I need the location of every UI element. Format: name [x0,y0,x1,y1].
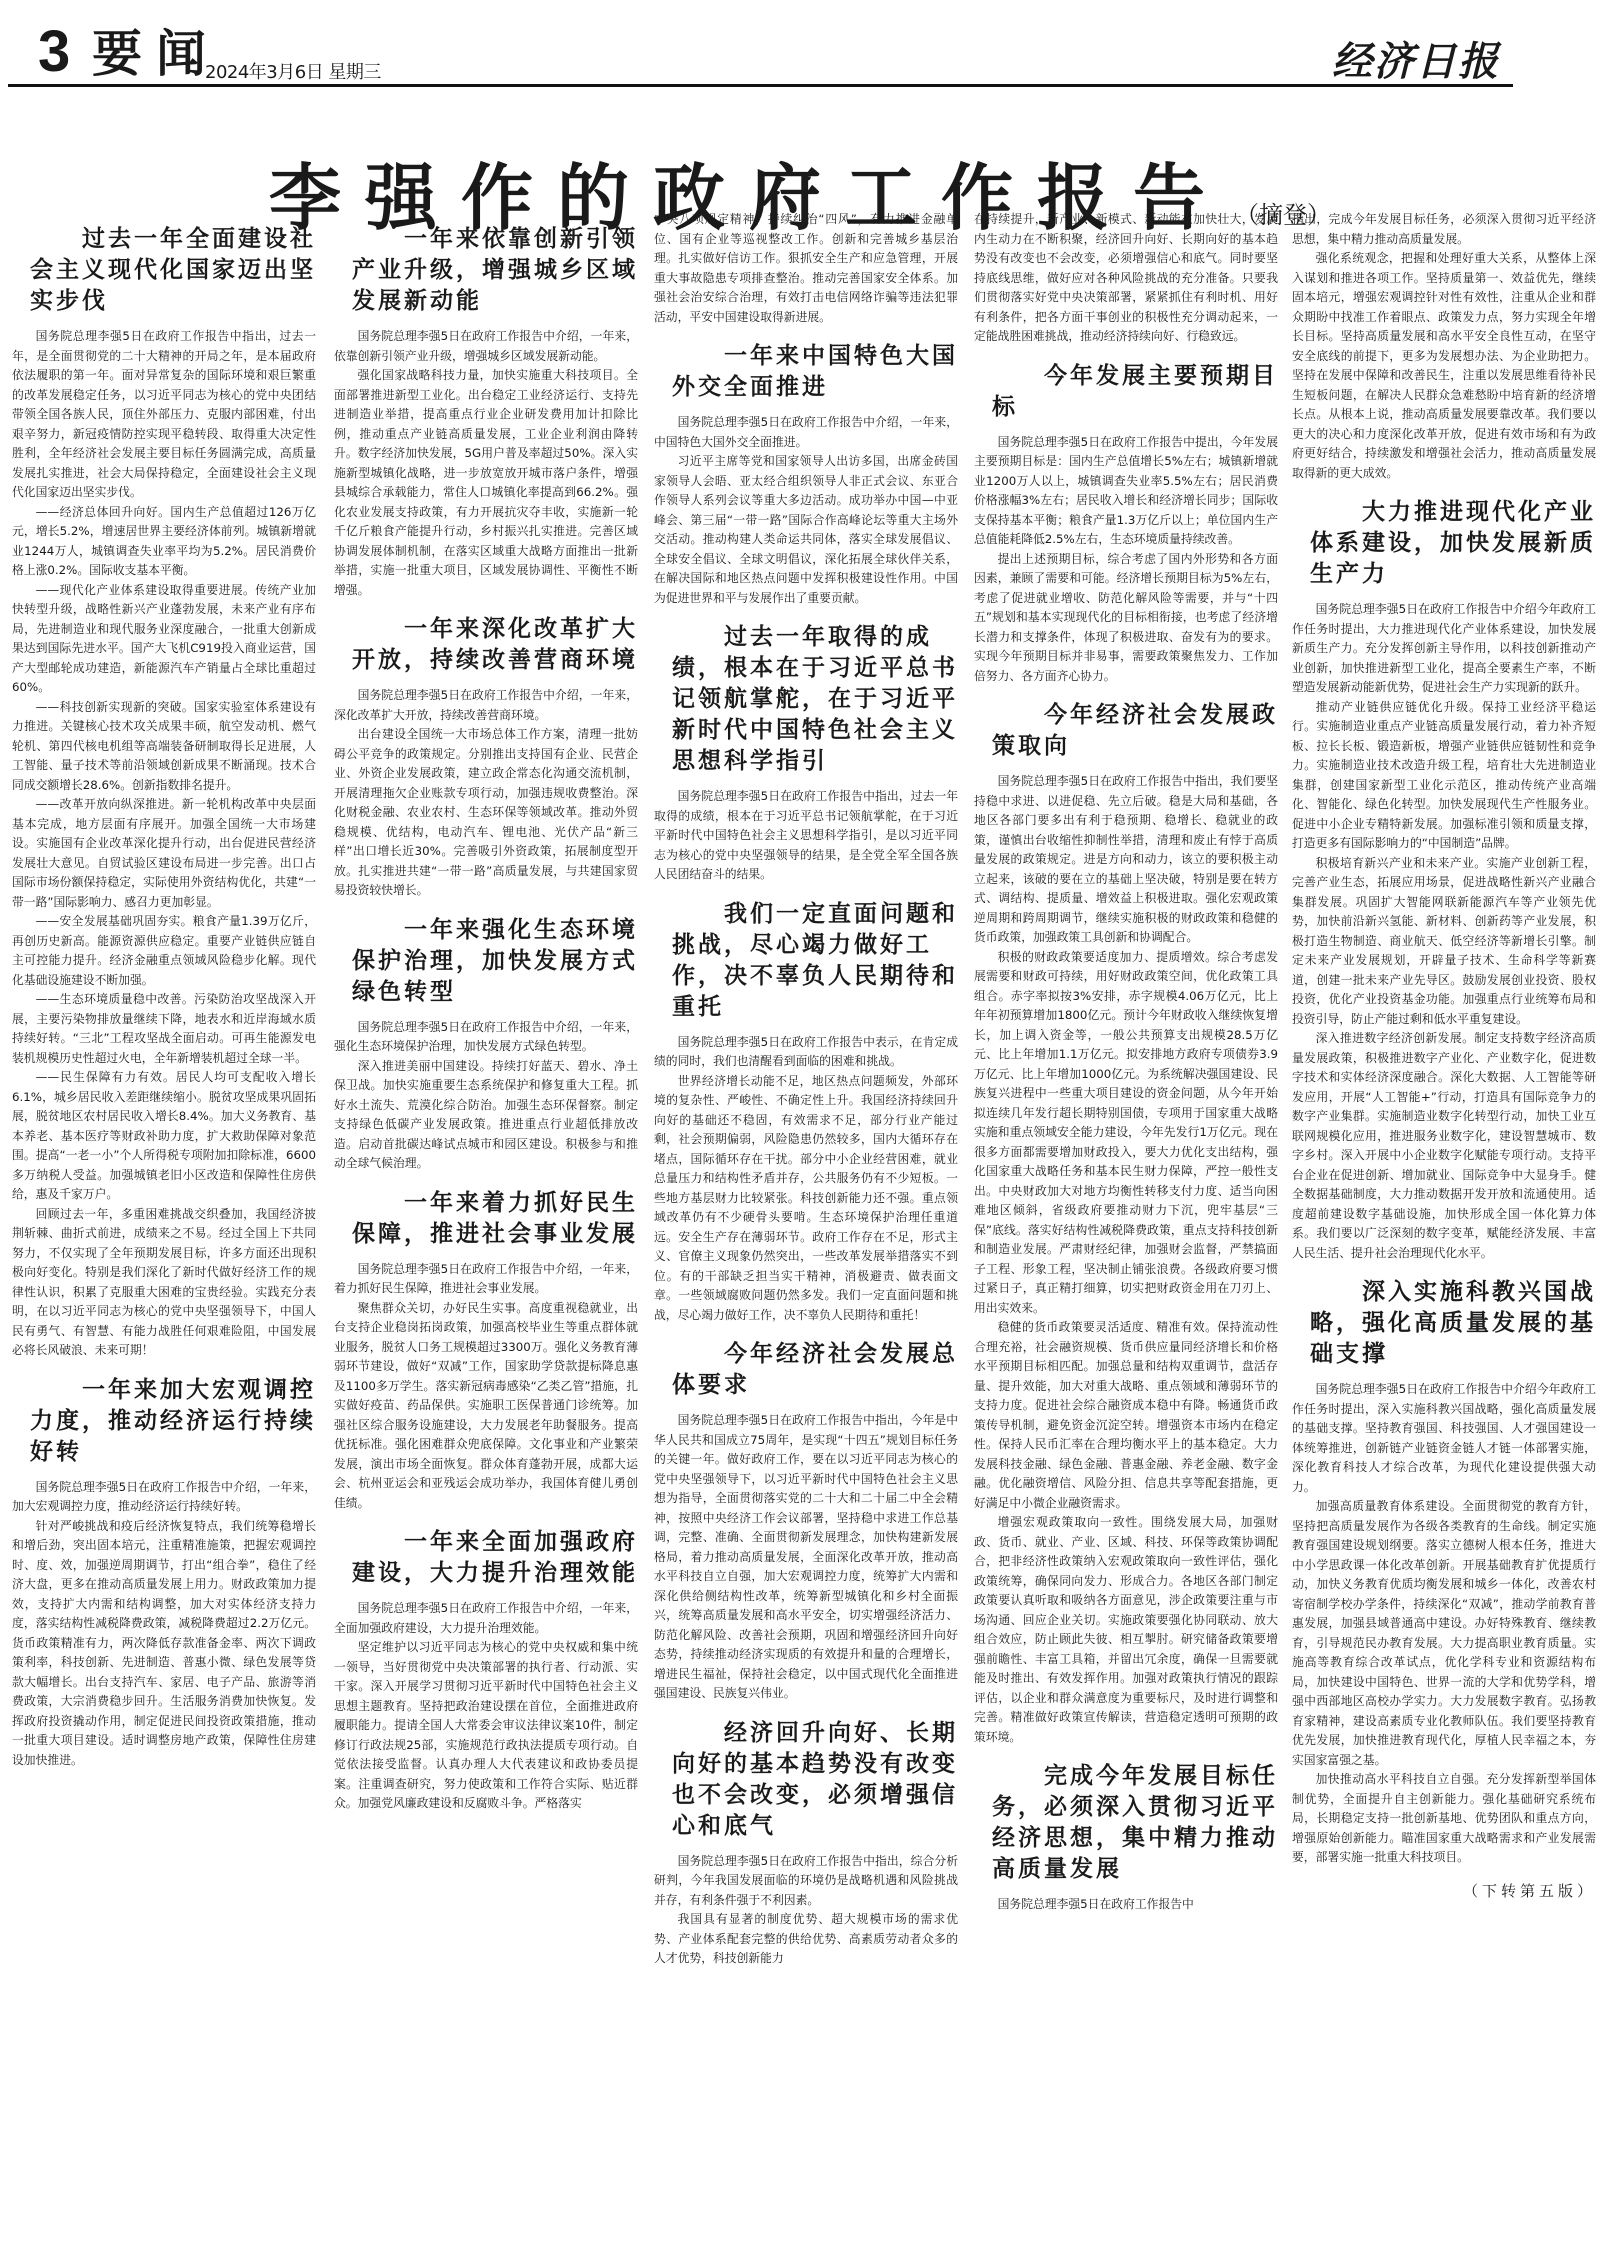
article: 我们一定直面问题和挑战，尽心竭力做好工作，决不辜负人民期待和重托国务院总理李强5… [654,899,958,1326]
column-2: 一年来依靠创新引领产业升级，增强城乡区域发展新动能国务院总理李强5日在政府工作报… [334,210,638,1828]
article: 大力推进现代化产业体系建设，加快发展新质生产力国务院总理李强5日在政府工作报告中… [1292,497,1596,1263]
article-headline: 一年来深化改革扩大开放，持续改善营商环境 [352,614,638,676]
article-paragraph: 深入推进数字经济创新发展。制定支持数字经济高质量发展政策，积极推进数字产业化、产… [1292,1029,1596,1263]
masthead-divider [8,84,1513,87]
article-paragraph: 国务院总理李强5日在政府工作报告中介绍，一年来，加大宏观调控力度，推动经济运行持… [12,1478,316,1517]
article: 在持续提升，新产业、新模式、新动能在加快壮大，发展内生动力在不断积聚，经济回升向… [974,210,1278,347]
article-paragraph: 坚定维护以习近平同志为核心的党中央权威和集中统一领导，当好贯彻党中央决策部署的执… [334,1638,638,1814]
article-paragraph: ——现代化产业体系建设取得重要进展。传统产业加快转型升级，战略性新兴产业蓬勃发展… [12,581,316,698]
article: 今年经济社会发展总体要求国务院总理李强5日在政府工作报告中指出，今年是中华人民共… [654,1339,958,1704]
article: 中央八项规定精神，持续纠治“四风”，有力推进金融单位、国有企业等巡视整改工作。创… [654,210,958,327]
article-paragraph: 国务院总理李强5日在政府工作报告中介绍，一年来，强化生态环境保护治理，加快发展方… [334,1018,638,1057]
article-paragraph: 积极培育新兴产业和未来产业。实施产业创新工程，完善产业生态，拓展应用场景，促进战… [1292,854,1596,1030]
article-headline: 我们一定直面问题和挑战，尽心竭力做好工作，决不辜负人民期待和重托 [672,899,958,1023]
article-paragraph: 世界经济增长动能不足，地区热点问题频发，外部环境的复杂性、严峻性、不确定性上升。… [654,1072,958,1326]
column-5: 指出，完成今年发展目标任务，必须深入贯彻习近平经济思想，集中精力推动高质量发展。… [1292,210,1596,1901]
article-headline: 大力推进现代化产业体系建设，加快发展新质生产力 [1310,497,1596,590]
article: 一年来依靠创新引领产业升级，增强城乡区域发展新动能国务院总理李强5日在政府工作报… [334,224,638,600]
article: 经济回升向好、长期向好的基本趋势没有改变也不会改变，必须增强信心和底气国务院总理… [654,1718,958,1969]
article-headline: 过去一年全面建设社会主义现代化国家迈出坚实步伐 [30,224,316,317]
article-paragraph: 国务院总理李强5日在政府工作报告中指出，今年是中华人民共和国成立75周年，是实现… [654,1411,958,1704]
article-paragraph: 国务院总理李强5日在政府工作报告中指出，过去一年取得的成绩，根本在于习近平总书记… [654,787,958,885]
article: 过去一年全面建设社会主义现代化国家迈出坚实步伐国务院总理李强5日在政府工作报告中… [12,224,316,1361]
newspaper-logo: 经济日报 [1332,30,1500,87]
article-paragraph: 加快推动高水平科技自立自强。充分发挥新型举国体制优势，全面提升自主创新能力。强化… [1292,1770,1596,1868]
article-paragraph: 聚焦群众关切，办好民生实事。高度重视稳就业，出台支持企业稳岗拓岗政策，加强高校毕… [334,1299,638,1514]
issue-date: 2024年3月6日 星期三 [205,58,381,84]
article-paragraph: 加强高质量教育体系建设。全面贯彻党的教育方针，坚持把高质量发展作为各级各类教育的… [1292,1497,1596,1770]
article: 一年来加大宏观调控力度，推动经济运行持续好转国务院总理李强5日在政府工作报告中介… [12,1375,316,1771]
article: 指出，完成今年发展目标任务，必须深入贯彻习近平经济思想，集中精力推动高质量发展。… [1292,210,1596,483]
article: 过去一年取得的成绩，根本在于习近平总书记领航掌舵，在于习近平新时代中国特色社会主… [654,622,958,885]
column-4: 在持续提升，新产业、新模式、新动能在加快壮大，发展内生动力在不断积聚，经济回升向… [974,210,1278,1929]
article-paragraph: 国务院总理李强5日在政府工作报告中指出，过去一年，是全面贯彻党的二十大精神的开局… [12,327,316,503]
article-paragraph: 指出，完成今年发展目标任务，必须深入贯彻习近平经济思想，集中精力推动高质量发展。 [1292,210,1596,249]
article-paragraph: ——经济总体回升向好。国内生产总值超过126万亿元，增长5.2%，增速居世界主要… [12,503,316,581]
article-paragraph: ——安全发展基础巩固夯实。粮食产量1.39万亿斤，再创历史新高。能源资源供应稳定… [12,912,316,990]
article-paragraph: 强化国家战略科技力量，加快实施重大科技项目。全面部署推进新型工业化。出台稳定工业… [334,366,638,600]
article-paragraph: 国务院总理李强5日在政府工作报告中提出，今年发展主要预期目标是：国内生产总值增长… [974,433,1278,550]
article-paragraph: 国务院总理李强5日在政府工作报告中介绍，一年来，着力抓好民生保障，推进社会事业发… [334,1260,638,1299]
article-paragraph: 国务院总理李强5日在政府工作报告中介绍今年政府工作任务时提出，深入实施科教兴国战… [1292,1380,1596,1497]
article-headline: 一年来着力抓好民生保障，推进社会事业发展 [352,1188,638,1250]
article-headline: 一年来全面加强政府建设，大力提升治理效能 [352,1527,638,1589]
article-headline: 今年经济社会发展总体要求 [672,1339,958,1401]
article-paragraph: 我国具有显著的制度优势、超大规模市场的需求优势、产业体系配套完整的供给优势、高素… [654,1910,958,1969]
column-3: 中央八项规定精神，持续纠治“四风”，有力推进金融单位、国有企业等巡视整改工作。创… [654,210,958,1983]
section-name: 要闻 [92,24,220,84]
article: 一年来强化生态环境保护治理，加快发展方式绿色转型国务院总理李强5日在政府工作报告… [334,915,638,1174]
article-paragraph: ——科技创新实现新的突破。国家实验室体系建设有力推进。关键核心技术攻关成果丰硕，… [12,698,316,796]
column-1: 过去一年全面建设社会主义现代化国家迈出坚实步伐国务院总理李强5日在政府工作报告中… [12,210,316,1784]
article-paragraph: ——生态环境质量稳中改善。污染防治攻坚战深入开展，主要污染物排放量继续下降，地表… [12,990,316,1068]
article-headline: 一年来加大宏观调控力度，推动经济运行持续好转 [30,1375,316,1468]
article-paragraph: 国务院总理李强5日在政府工作报告中指出，我们要坚持稳中求进、以进促稳、先立后破。… [974,772,1278,948]
article-paragraph: 国务院总理李强5日在政府工作报告中介绍今年政府工作任务时提出，大力推进现代化产业… [1292,600,1596,698]
article-paragraph: 国务院总理李强5日在政府工作报告中介绍，一年来，深化改革扩大开放，持续改善营商环… [334,686,638,725]
article: 今年经济社会发展政策取向国务院总理李强5日在政府工作报告中指出，我们要坚持稳中求… [974,700,1278,1747]
article: 一年来全面加强政府建设，大力提升治理效能国务院总理李强5日在政府工作报告中介绍，… [334,1527,638,1814]
article: 一年来中国特色大国外交全面推进国务院总理李强5日在政府工作报告中介绍，一年来，中… [654,341,958,608]
article-headline: 一年来中国特色大国外交全面推进 [672,341,958,403]
article-headline: 今年发展主要预期目标 [992,361,1278,423]
page-number: 3 [38,22,70,82]
article-headline: 一年来依靠创新引领产业升级，增强城乡区域发展新动能 [352,224,638,317]
article: 深入实施科教兴国战略，强化高质量发展的基础支撑国务院总理李强5日在政府工作报告中… [1292,1277,1596,1868]
article-paragraph: 稳健的货币政策要灵活适度、精准有效。保持流动性合理充裕，社会融资规模、货币供应量… [974,1318,1278,1513]
article-paragraph: 提出上述预期目标，综合考虑了国内外形势和各方面因素，兼顾了需要和可能。经济增长预… [974,550,1278,687]
article-paragraph: 习近平主席等党和国家领导人出访多国，出席金砖国家领导人会晤、亚太经合组织领导人非… [654,452,958,608]
article-paragraph: 推动产业链供应链优化升级。保持工业经济平稳运行。实施制造业重点产业链高质量发展行… [1292,698,1596,854]
continuation-note: （下转第五版） [1292,1882,1596,1902]
article-paragraph: 深入推进美丽中国建设。持续打好蓝天、碧水、净土保卫战。加快实施重要生态系统保护和… [334,1057,638,1174]
article-paragraph: 在持续提升，新产业、新模式、新动能在加快壮大，发展内生动力在不断积聚，经济回升向… [974,210,1278,347]
article-headline: 过去一年取得的成绩，根本在于习近平总书记领航掌舵，在于习近平新时代中国特色社会主… [672,622,958,777]
article-paragraph: 国务院总理李强5日在政府工作报告中介绍，一年来，中国特色大国外交全面推进。 [654,413,958,452]
article: 完成今年发展目标任务，必须深入贯彻习近平经济思想，集中精力推动高质量发展国务院总… [974,1761,1278,1915]
article: 今年发展主要预期目标国务院总理李强5日在政府工作报告中提出，今年发展主要预期目标… [974,361,1278,687]
article-headline: 一年来强化生态环境保护治理，加快发展方式绿色转型 [352,915,638,1008]
article-paragraph: 国务院总理李强5日在政府工作报告中介绍，一年来，依靠创新引领产业升级，增强城乡区… [334,327,638,366]
article-paragraph: 积极的财政政策要适度加力、提质增效。综合考虑发展需要和财政可持续，用好财政政策空… [974,948,1278,1319]
article-headline: 完成今年发展目标任务，必须深入贯彻习近平经济思想，集中精力推动高质量发展 [992,1761,1278,1885]
article: 一年来着力抓好民生保障，推进社会事业发展国务院总理李强5日在政府工作报告中介绍，… [334,1188,638,1514]
article-paragraph: 国务院总理李强5日在政府工作报告中 [974,1895,1278,1915]
article-paragraph: ——改革开放向纵深推进。新一轮机构改革中央层面基本完成，地方层面有序展开。加强全… [12,795,316,912]
article-paragraph: 国务院总理李强5日在政府工作报告中表示，在肯定成绩的同时，我们也清醒看到面临的困… [654,1033,958,1072]
article-paragraph: 回顾过去一年，多重困难挑战交织叠加，我国经济披荆斩棘、曲折式前进，成绩来之不易。… [12,1205,316,1361]
article: 一年来深化改革扩大开放，持续改善营商环境国务院总理李强5日在政府工作报告中介绍，… [334,614,638,901]
article-paragraph: 国务院总理李强5日在政府工作报告中指出，综合分析研判，今年我国发展面临的环境仍是… [654,1852,958,1911]
article-paragraph: 中央八项规定精神，持续纠治“四风”，有力推进金融单位、国有企业等巡视整改工作。创… [654,210,958,327]
article-paragraph: 强化系统观念，把握和处理好重大关系，从整体上深入谋划和推进各项工作。坚持质量第一… [1292,249,1596,483]
article-paragraph: 出台建设全国统一大市场总体工作方案，清理一批妨碍公平竞争的政策规定。分别推出支持… [334,725,638,901]
article-paragraph: 针对严峻挑战和疫后经济恢复特点，我们统筹稳增长和增后劲，突出固本培元，注重精准施… [12,1517,316,1771]
article-paragraph: 增强宏观政策取向一致性。围绕发展大局，加强财政、货币、就业、产业、区域、科技、环… [974,1513,1278,1747]
article-paragraph: 国务院总理李强5日在政府工作报告中介绍，一年来，全面加强政府建设，大力提升治理效… [334,1599,638,1638]
masthead: 3 要闻 2024年3月6日 星期三 经济日报 [0,0,1600,90]
article-headline: 经济回升向好、长期向好的基本趋势没有改变也不会改变，必须增强信心和底气 [672,1718,958,1842]
article-headline: 深入实施科教兴国战略，强化高质量发展的基础支撑 [1310,1277,1596,1370]
article-paragraph: ——民生保障有力有效。居民人均可支配收入增长6.1%，城乡居民收入差距继续缩小。… [12,1068,316,1205]
article-headline: 今年经济社会发展政策取向 [992,700,1278,762]
